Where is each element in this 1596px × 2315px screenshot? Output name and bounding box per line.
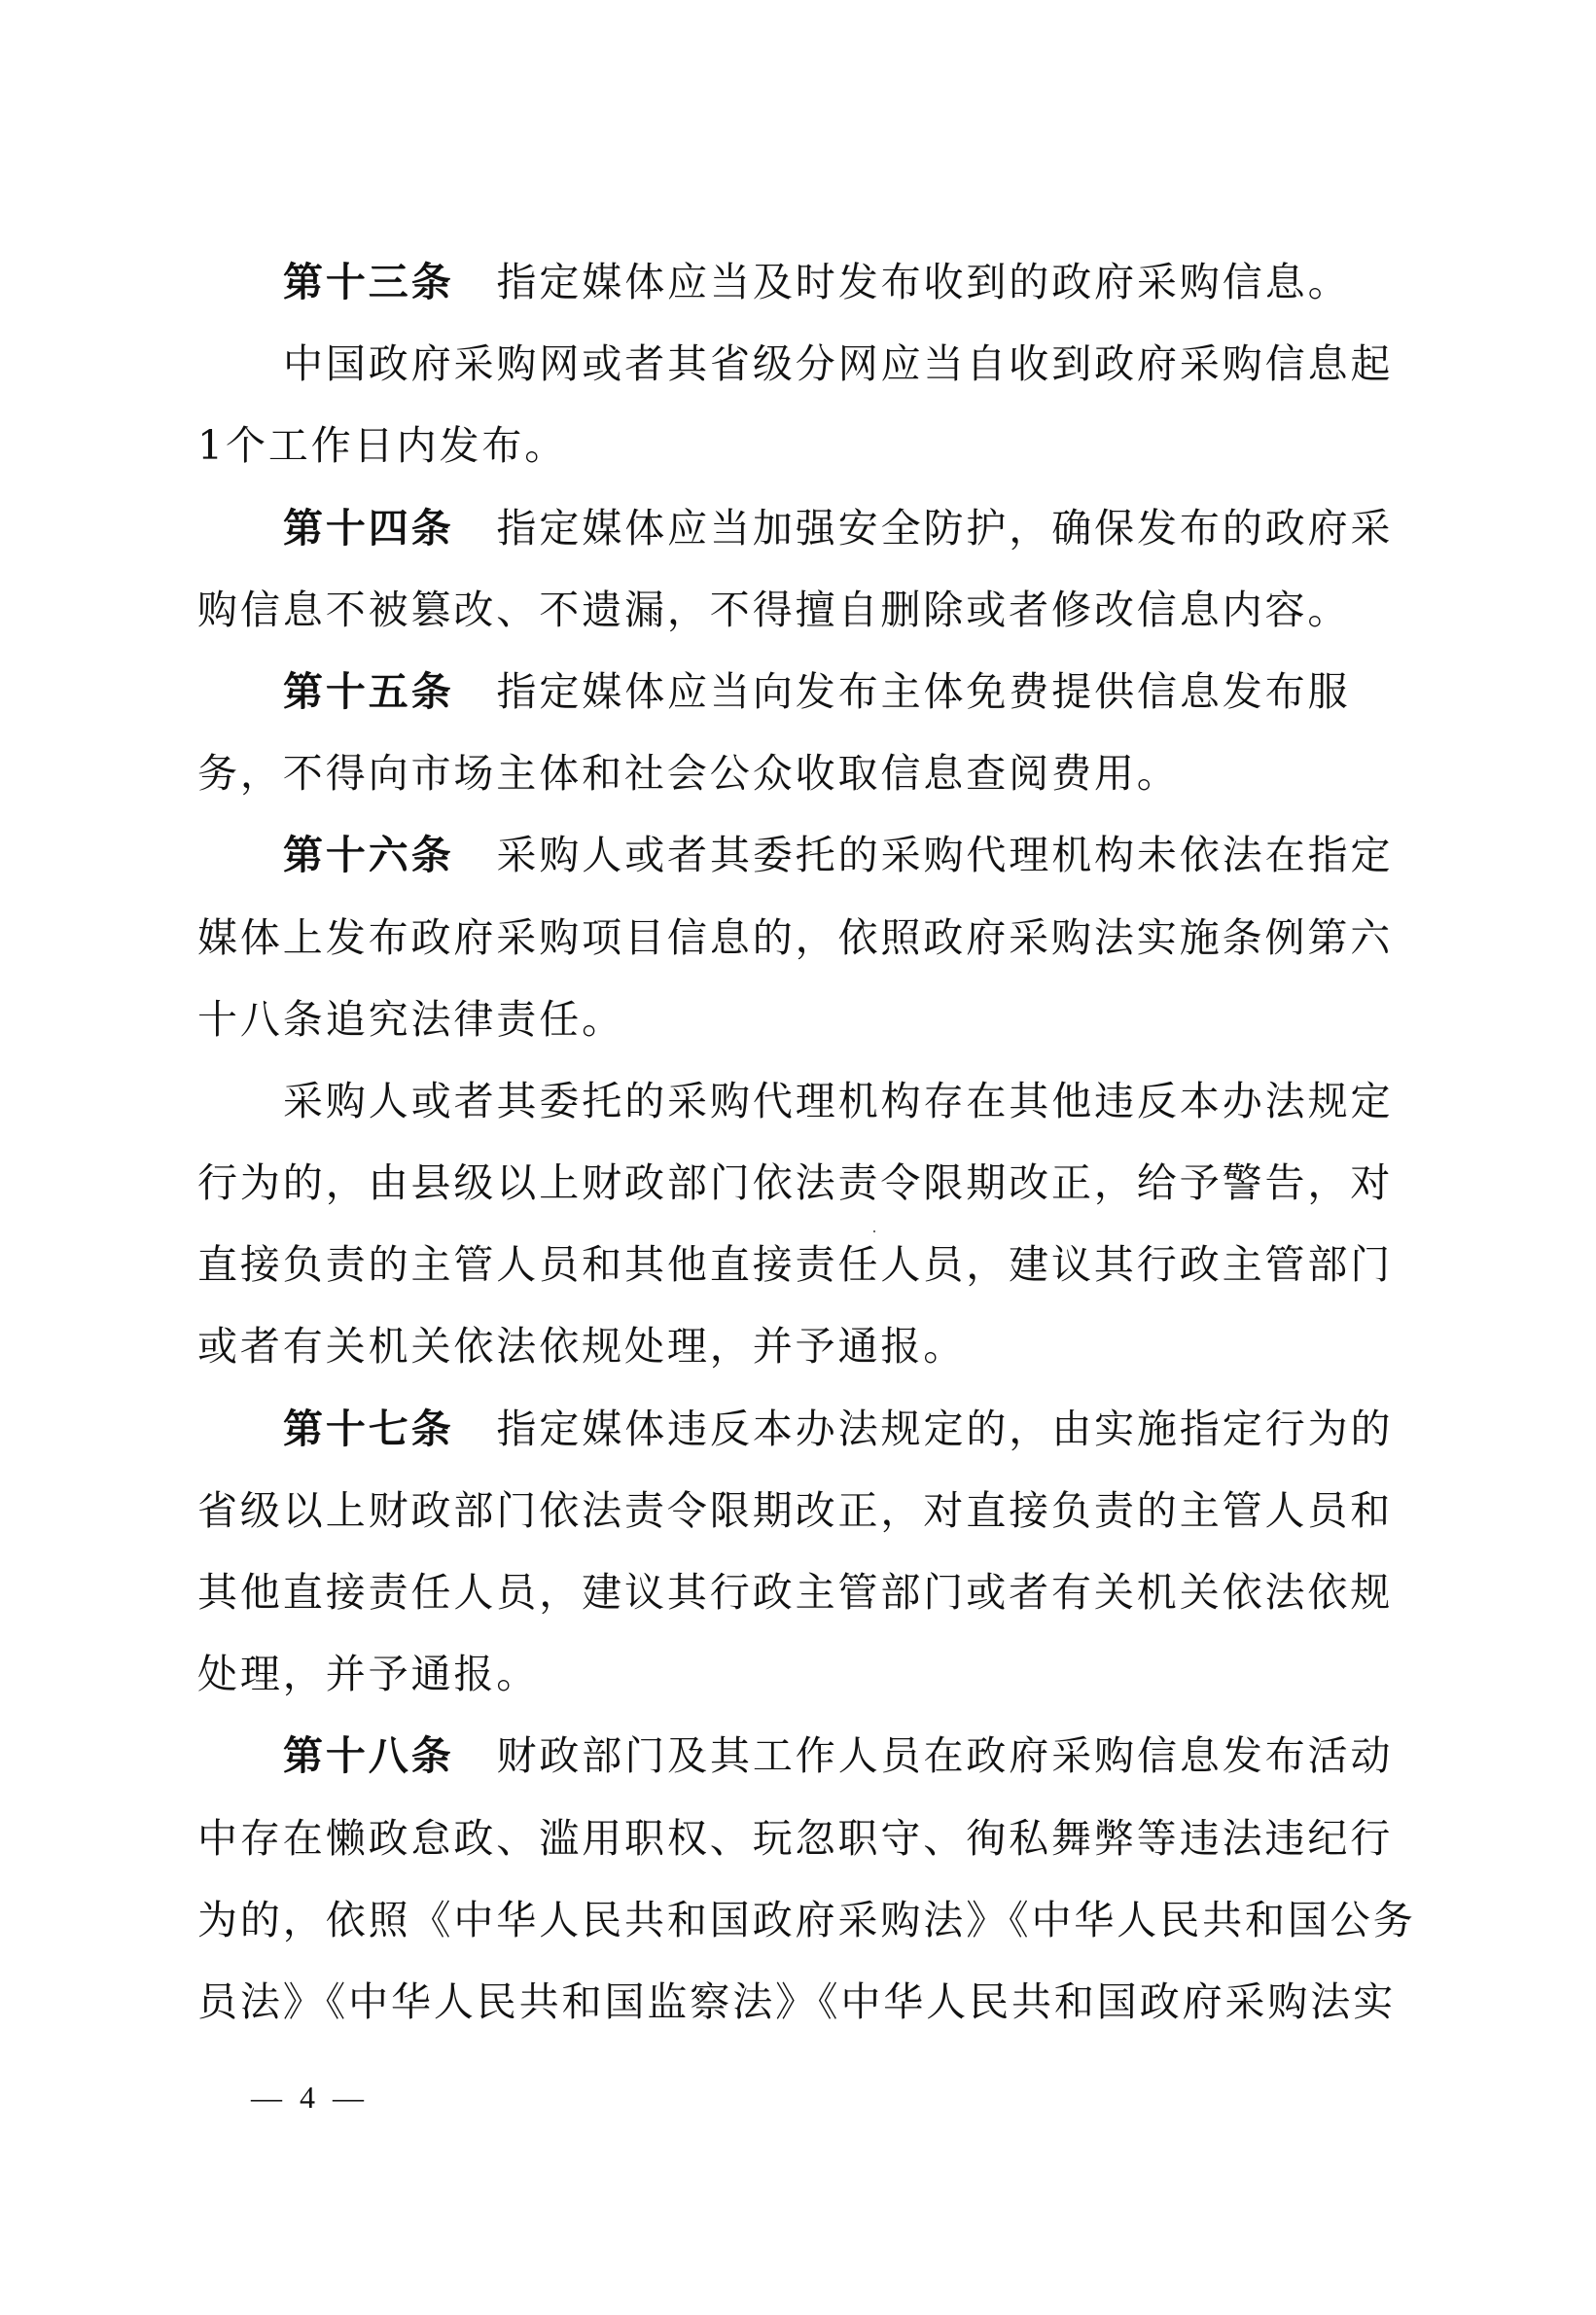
article-15-text: 指定媒体应当向发布主体免费提供信息发布服 [497, 668, 1351, 715]
article-16-text: 采购人或者其委托的采购代理机构未依法在指定 [497, 832, 1394, 878]
article-17-line-1: 第十七条指定媒体违反本办法规定的，由实施指定行为的 [197, 1388, 1403, 1470]
document-body: 第十三条指定媒体应当及时发布收到的政府采购信息。 中国政府采购网或者其省级分网应… [197, 241, 1403, 2043]
article-13-line-1: 第十三条指定媒体应当及时发布收到的政府采购信息。 [197, 241, 1403, 323]
paragraph-line: 务，不得向市场主体和社会公众收取信息查阅费用。 [197, 732, 1403, 814]
paragraph-line: 为的，依照《中华人民共和国政府采购法》《中华人民共和国公务 [197, 1879, 1403, 1961]
paragraph-line: 中国政府采购网或者其省级分网应当自收到政府采购信息起 [197, 323, 1403, 405]
article-18-line-1: 第十八条财政部门及其工作人员在政府采购信息发布活动 [197, 1715, 1403, 1797]
page-number: — 4 — [251, 2076, 364, 2119]
paragraph-line: 中存在懒政怠政、滥用职权、玩忽职守、徇私舞弊等违法违纪行 [197, 1798, 1403, 1879]
article-17-heading: 第十七条 [283, 1406, 454, 1452]
article-15-heading: 第十五条 [283, 668, 454, 715]
paragraph-line: 行为的，由县级以上财政部门依法责令限期改正，给予警告，对 [197, 1142, 1403, 1224]
paragraph-line: 处理，并予通报。 [197, 1633, 1403, 1715]
article-18-text: 财政部门及其工作人员在政府采购信息发布活动 [497, 1732, 1394, 1779]
paragraph-line: 购信息不被篡改、不遗漏，不得擅自删除或者修改信息内容。 [197, 569, 1403, 651]
paragraph-line: 1个工作日内发布。 [197, 405, 1403, 486]
paragraph-line: 省级以上财政部门依法责令限期改正，对直接负责的主管人员和 [197, 1470, 1403, 1551]
paragraph-line: 或者有关机关依法依规处理，并予通报。 [197, 1305, 1403, 1387]
article-16-line-1: 第十六条采购人或者其委托的采购代理机构未依法在指定 [197, 814, 1403, 896]
paragraph-line: 采购人或者其委托的采购代理机构存在其他违反本办法规定 [197, 1060, 1403, 1142]
article-18-heading: 第十八条 [283, 1732, 454, 1779]
paragraph-line: 媒体上发布政府采购项目信息的，依照政府采购法实施条例第六 [197, 897, 1403, 979]
article-14-text: 指定媒体应当加强安全防护，确保发布的政府采 [497, 505, 1394, 552]
article-15-line-1: 第十五条指定媒体应当向发布主体免费提供信息发布服 [197, 651, 1403, 732]
article-13-text: 指定媒体应当及时发布收到的政府采购信息。 [497, 259, 1351, 305]
article-13-heading: 第十三条 [283, 259, 454, 305]
article-14-line-1: 第十四条指定媒体应当加强安全防护，确保发布的政府采 [197, 487, 1403, 569]
scan-artifact-dot [873, 1230, 875, 1232]
article-14-heading: 第十四条 [283, 505, 454, 552]
article-16-heading: 第十六条 [283, 832, 454, 878]
paragraph-line: 其他直接责任人员，建议其行政主管部门或者有关机关依法依规 [197, 1551, 1403, 1633]
document-page: 第十三条指定媒体应当及时发布收到的政府采购信息。 中国政府采购网或者其省级分网应… [0, 0, 1596, 2315]
paragraph-line: 十八条追究法律责任。 [197, 979, 1403, 1060]
paragraph-line: 员法》《中华人民共和国监察法》《中华人民共和国政府采购法实 [197, 1961, 1403, 2043]
article-17-text: 指定媒体违反本办法规定的，由实施指定行为的 [497, 1406, 1394, 1452]
paragraph-line: 直接负责的主管人员和其他直接责任人员，建议其行政主管部门 [197, 1224, 1403, 1305]
